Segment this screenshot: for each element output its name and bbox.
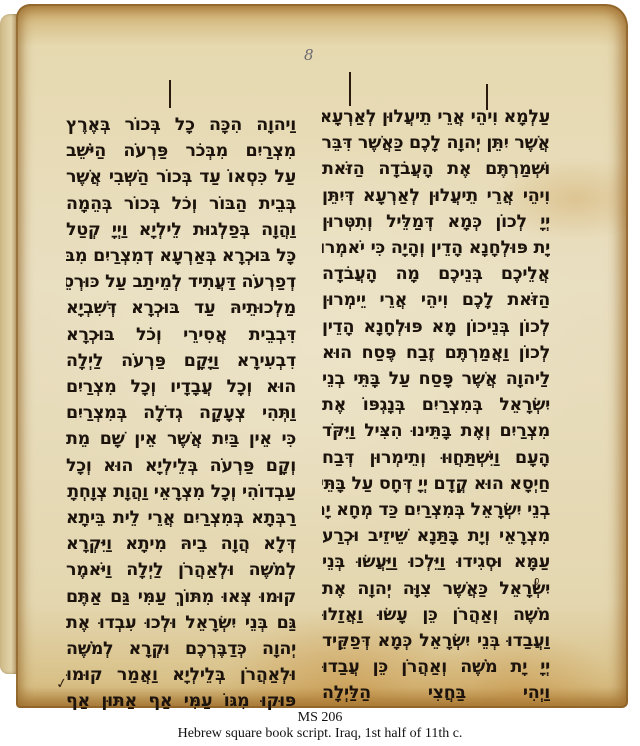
text-line: וּשְׁמַרְתֶּם אֶת הָעֲבֹדָה הַזֹּאת [322,156,550,182]
text-line: גַּם בְּנֵי יִשְׂרָאֵל וּלְכוּ עִבְדוּ א… [66,610,296,636]
ruling-tick [169,80,171,108]
text-line: לְמֹשֶׁה וּלְאַהֲרֹן לַיְלָה וַיֹּאמֶר [66,557,296,583]
text-line: אֲשֶׁר יִתֵּן יְהוָה לָכֶם כַּאֲשֶׁר דִּ… [322,130,550,156]
text-line: וִיהֵי אֲרֵי תֵיעֲלוּן לְאַרְעָא דְּיִתֵ… [322,183,550,209]
text-line: יִשְׂרָאֵל כַּאֲשֶׁר צִוָּה יְהוָה אֶת [322,576,550,602]
text-line: עַלְמָא וִיהֵי אֲרֵי תֵיעֲלוּן לְאַרְעָא [322,104,550,130]
text-line: הַזֹּאת לָכֶם וִיהֵי אֲרֵי יֵימְרוּן [322,287,550,313]
manuscript-id-caption: MS 206 [0,710,640,726]
manuscript-photo: 8 ℓ ✓ עַלְמָא וִיהֵי אֲרֵי תֵיעֲלוּן לְא… [0,0,640,712]
text-line: לְכוֹן וַאֲמַרְתֶּם זֶבַח פֶּסַח הוּא [322,340,550,366]
manuscript-description-caption: Hebrew square book script. Iraq, 1st hal… [0,726,640,742]
text-line: דִּבְבֵית אֲסִירֵי וְכֹל בּוּכְרָא [66,322,296,348]
text-line: יְיָ יָת מֹשֶׁה וְאַהֲרֹן כֵּן עֲבַדוּ [322,654,550,680]
text-line: מִצְרַיִם וְאֶת בָּתֵּינוּ הִצִּיל וַיִּ… [322,418,550,444]
text-line: בְנֵי יִשְׂרָאֵל בְּמִצְרַיִם כַּד מְחָא… [322,497,550,523]
text-line: עַל כִּסְאוֹ עַד בְּכוֹר הַשְּׁבִי אֲשֶׁ… [66,164,296,190]
text-line: דְּלָא הֲוָה בֵיהּ מִיתָא וַיִּקְרָא [66,531,296,557]
text-line: יִשְׂרָאֵל בְּמִצְרַיִם בְּנָגְפּוֹ אֶת [322,392,550,418]
text-line: יְהוָה כְּדַבֶּרְכֶם וּקְרָא לְמֹשֶׁה [66,636,296,662]
text-line: דְפַרְעֹה דַּעֲתִיד לְמֵיתַב עַל כּוּרְס… [66,269,296,295]
text-line: דִבְעִירָא וַיָּקָם פַּרְעֹה לַיְלָה [66,348,296,374]
text-line: לַיהוָה אֲשֶׁר פָּסַח עַל בָּתֵּי בְנֵי [322,366,550,392]
text-line: מֹשֶׁה וְאַהֲרֹן כֵּן עָשׂוּ וַאֲזַלוּ [322,602,550,628]
text-line: אֲלֵיכֶם בְּנֵיכֶם מָה הָעֲבֹדָה [322,261,550,287]
text-line: וּלְאַהֲרֹן בְּלֵילְיָא וַאֲמַר קוּמוּ [66,662,296,688]
text-line: עַמָּא וּסְגִידוּ וַיֵּלְכוּ וַיַּעֲשׂוּ… [322,549,550,575]
text-line: עַבְדוֹהִי וְכָל מִצְרָאֵי וַהֲוָת צְוָח… [66,479,296,505]
text-line: לְכוֹן בְּנֵיכוֹן מָא פּוּלְחָנָא הָדֵין [322,314,550,340]
left-text-column: וַיהוָה הִכָּה כָל בְּכוֹר בְּאֶרֶץמִצְר… [66,112,296,715]
folio-number: 8 [304,46,314,64]
text-line: בְּבֵית הַבּוֹר וְכֹל בְּכוֹר בְּהֵמָה [66,191,296,217]
text-line: יְיָ לְכוֹן כְּמָא דְּמַלֵּיל וְתִטְּרוּ… [322,209,550,235]
text-line: וַהֲוָה בְּפַלְגוּת לֵילְיָא וַיְיָ קְטַ… [66,217,296,243]
text-line: מִצְרַיִם מִבְּכֹר פַּרְעֹה הַיֹּשֵׁב [66,138,296,164]
ruling-tick [349,72,351,106]
text-line: רַבְּתָא בְּמִצְרַיִם אֲרֵי לֵית בֵּיתָא [66,505,296,531]
text-line: יָת פּוּלְחָנָא הָדֵין וְהָיָה כִּי יֹאמ… [322,235,550,261]
text-line: הוּא וְכָל עֲבָדָיו וְכָל מִצְרַיִם [66,374,296,400]
text-line: חַיְסָא הוּא קֳדָם יְיָ דְּחָס עַל בָּתֵ… [322,471,550,497]
right-text-column: עַלְמָא וִיהֵי אֲרֵי תֵיעֲלוּן לְאַרְעָא… [322,104,550,707]
text-line: מַלְכוּתֵיהּ עַד בּוּכְרָא דְּשִׁבְיָא [66,295,296,321]
text-line: קוּמוּ צְּאוּ מִתּוֹךְ עַמִּי גַּם אַתֶּ… [66,584,296,610]
text-line: מִצְרָאֵי וְיָת בָּתַּנָא שֵׁיזֵיב וּכְר… [322,523,550,549]
text-line: כָּל בּוּכְרָא בְּאַרְעָא דְמִצְרַיִם מִ… [66,243,296,269]
text-line: כִּי אֵין בַּיִת אֲשֶׁר אֵין שָׁם מֵת [66,426,296,452]
text-line: הָעָם וַיִּשְׁתַּחֲוּוּ וְתֵימְרוּן דְּב… [322,445,550,471]
text-line: וַיְהִי בַּחֲצִי הַלַּיְלָה [322,680,550,706]
text-line: וַעֲבַדוּ בְּנֵי יִשְׂרָאֵל כְּמָא דְּפַ… [322,628,550,654]
text-line: וַיהוָה הִכָּה כָל בְּכוֹר בְּאֶרֶץ [66,112,296,138]
text-line: וְקָם פַּרְעֹה בְּלֵילְיָא הוּא וְכָל [66,453,296,479]
text-line: וַתְּהִי צְעָקָה גְדֹלָה בְּמִצְרַיִם [66,400,296,426]
